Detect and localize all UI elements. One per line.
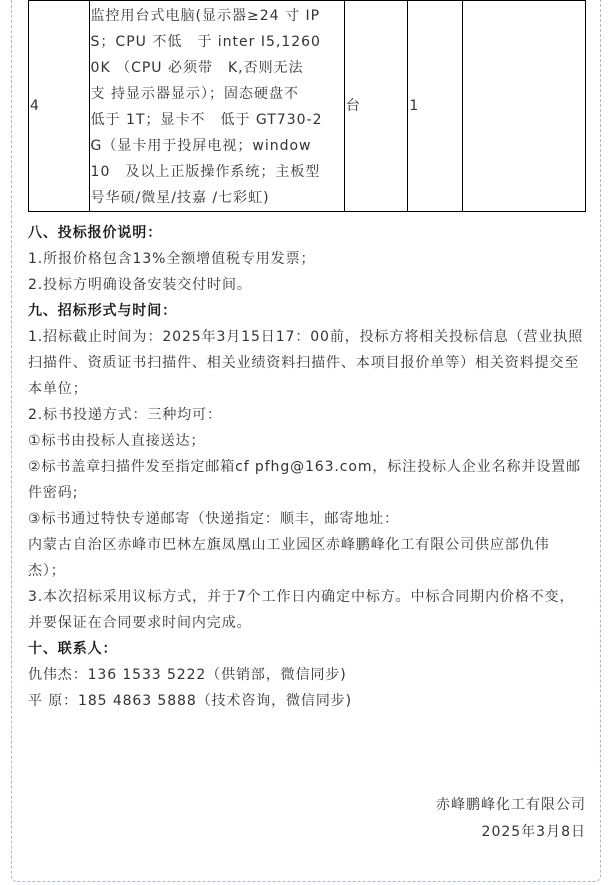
paragraph: 2.投标方明确设备安装交付时间。 bbox=[28, 272, 586, 298]
desc-line: S；CPU 不低 于 inter I5,1260 bbox=[91, 29, 343, 55]
desc-line: 号华硕/微星/技嘉 /七彩虹) bbox=[91, 185, 343, 211]
equipment-table: 4 监控用台式电脑(显示器≥24 寸 IP S；CPU 不低 于 inter I… bbox=[28, 0, 586, 212]
desc-line: 0K （CPU 必须带 K,否则无法 bbox=[91, 55, 343, 81]
company-name: 赤峰鹏峰化工有限公司 bbox=[436, 792, 586, 819]
desc-line: G（显卡用于投屏电视；window bbox=[91, 133, 343, 159]
contact-line: 仇伟杰：136 1533 5222（供销部，微信同步) bbox=[28, 662, 586, 688]
contact-line: 平 原：185 4863 5888（技术咨询，微信同步) bbox=[28, 688, 586, 714]
item-extra-cell bbox=[462, 1, 585, 212]
bid-instructions: 八、投标报价说明： 1.所报价格包含13%全额增值税专用发票； 2.投标方明确设… bbox=[28, 220, 586, 714]
section-heading-8: 八、投标报价说明： bbox=[28, 220, 586, 246]
desc-line: 监控用台式电脑(显示器≥24 寸 IP bbox=[91, 3, 343, 29]
paragraph: ①标书由投标人直接送达； bbox=[28, 428, 586, 454]
item-description: 监控用台式电脑(显示器≥24 寸 IP S；CPU 不低 于 inter I5,… bbox=[89, 1, 344, 212]
paragraph-address: 内蒙古自治区赤峰市巴林左旗凤凰山工业园区赤峰鹏峰化工有限公司供应部仇伟杰）； bbox=[28, 532, 586, 584]
item-quantity: 1 bbox=[408, 1, 462, 212]
paragraph: 1.所报价格包含13%全额增值税专用发票； bbox=[28, 246, 586, 272]
item-unit: 台 bbox=[344, 1, 408, 212]
paragraph: 3.本次招标采用议标方式，并于7个工作日内确定中标方。中标合同期内价格不变，并要… bbox=[28, 584, 586, 636]
item-number: 4 bbox=[29, 1, 90, 212]
signature-date: 2025年3月8日 bbox=[436, 819, 586, 846]
section-heading-9: 九、招标形式与时间： bbox=[28, 298, 586, 324]
desc-line: 支 持显示器显示）；固态硬盘不 bbox=[91, 81, 343, 107]
paragraph: ③标书通过特快专递邮寄（快递指定：顺丰，邮寄地址： bbox=[28, 506, 586, 532]
table-row: 4 监控用台式电脑(显示器≥24 寸 IP S；CPU 不低 于 inter I… bbox=[29, 1, 586, 212]
document-body: 4 监控用台式电脑(显示器≥24 寸 IP S；CPU 不低 于 inter I… bbox=[28, 0, 586, 714]
paragraph: 1.招标截止时间为：2025年3月15日17：00前，投标方将相关投标信息（营业… bbox=[28, 324, 586, 402]
paragraph-email: ②标书盖章扫描件发至指定邮箱cf pfhg@163.com，标注投标人企业名称并… bbox=[28, 454, 586, 506]
desc-line: 10 及以上正版操作系统；主板型 bbox=[91, 159, 343, 185]
section-heading-10: 十、联系人： bbox=[28, 636, 586, 662]
paragraph: 2.标书投递方式：三种均可： bbox=[28, 402, 586, 428]
desc-line: 低于 1T；显卡不 低于 GT730-2 bbox=[91, 107, 343, 133]
signature-block: 赤峰鹏峰化工有限公司 2025年3月8日 bbox=[436, 792, 586, 846]
